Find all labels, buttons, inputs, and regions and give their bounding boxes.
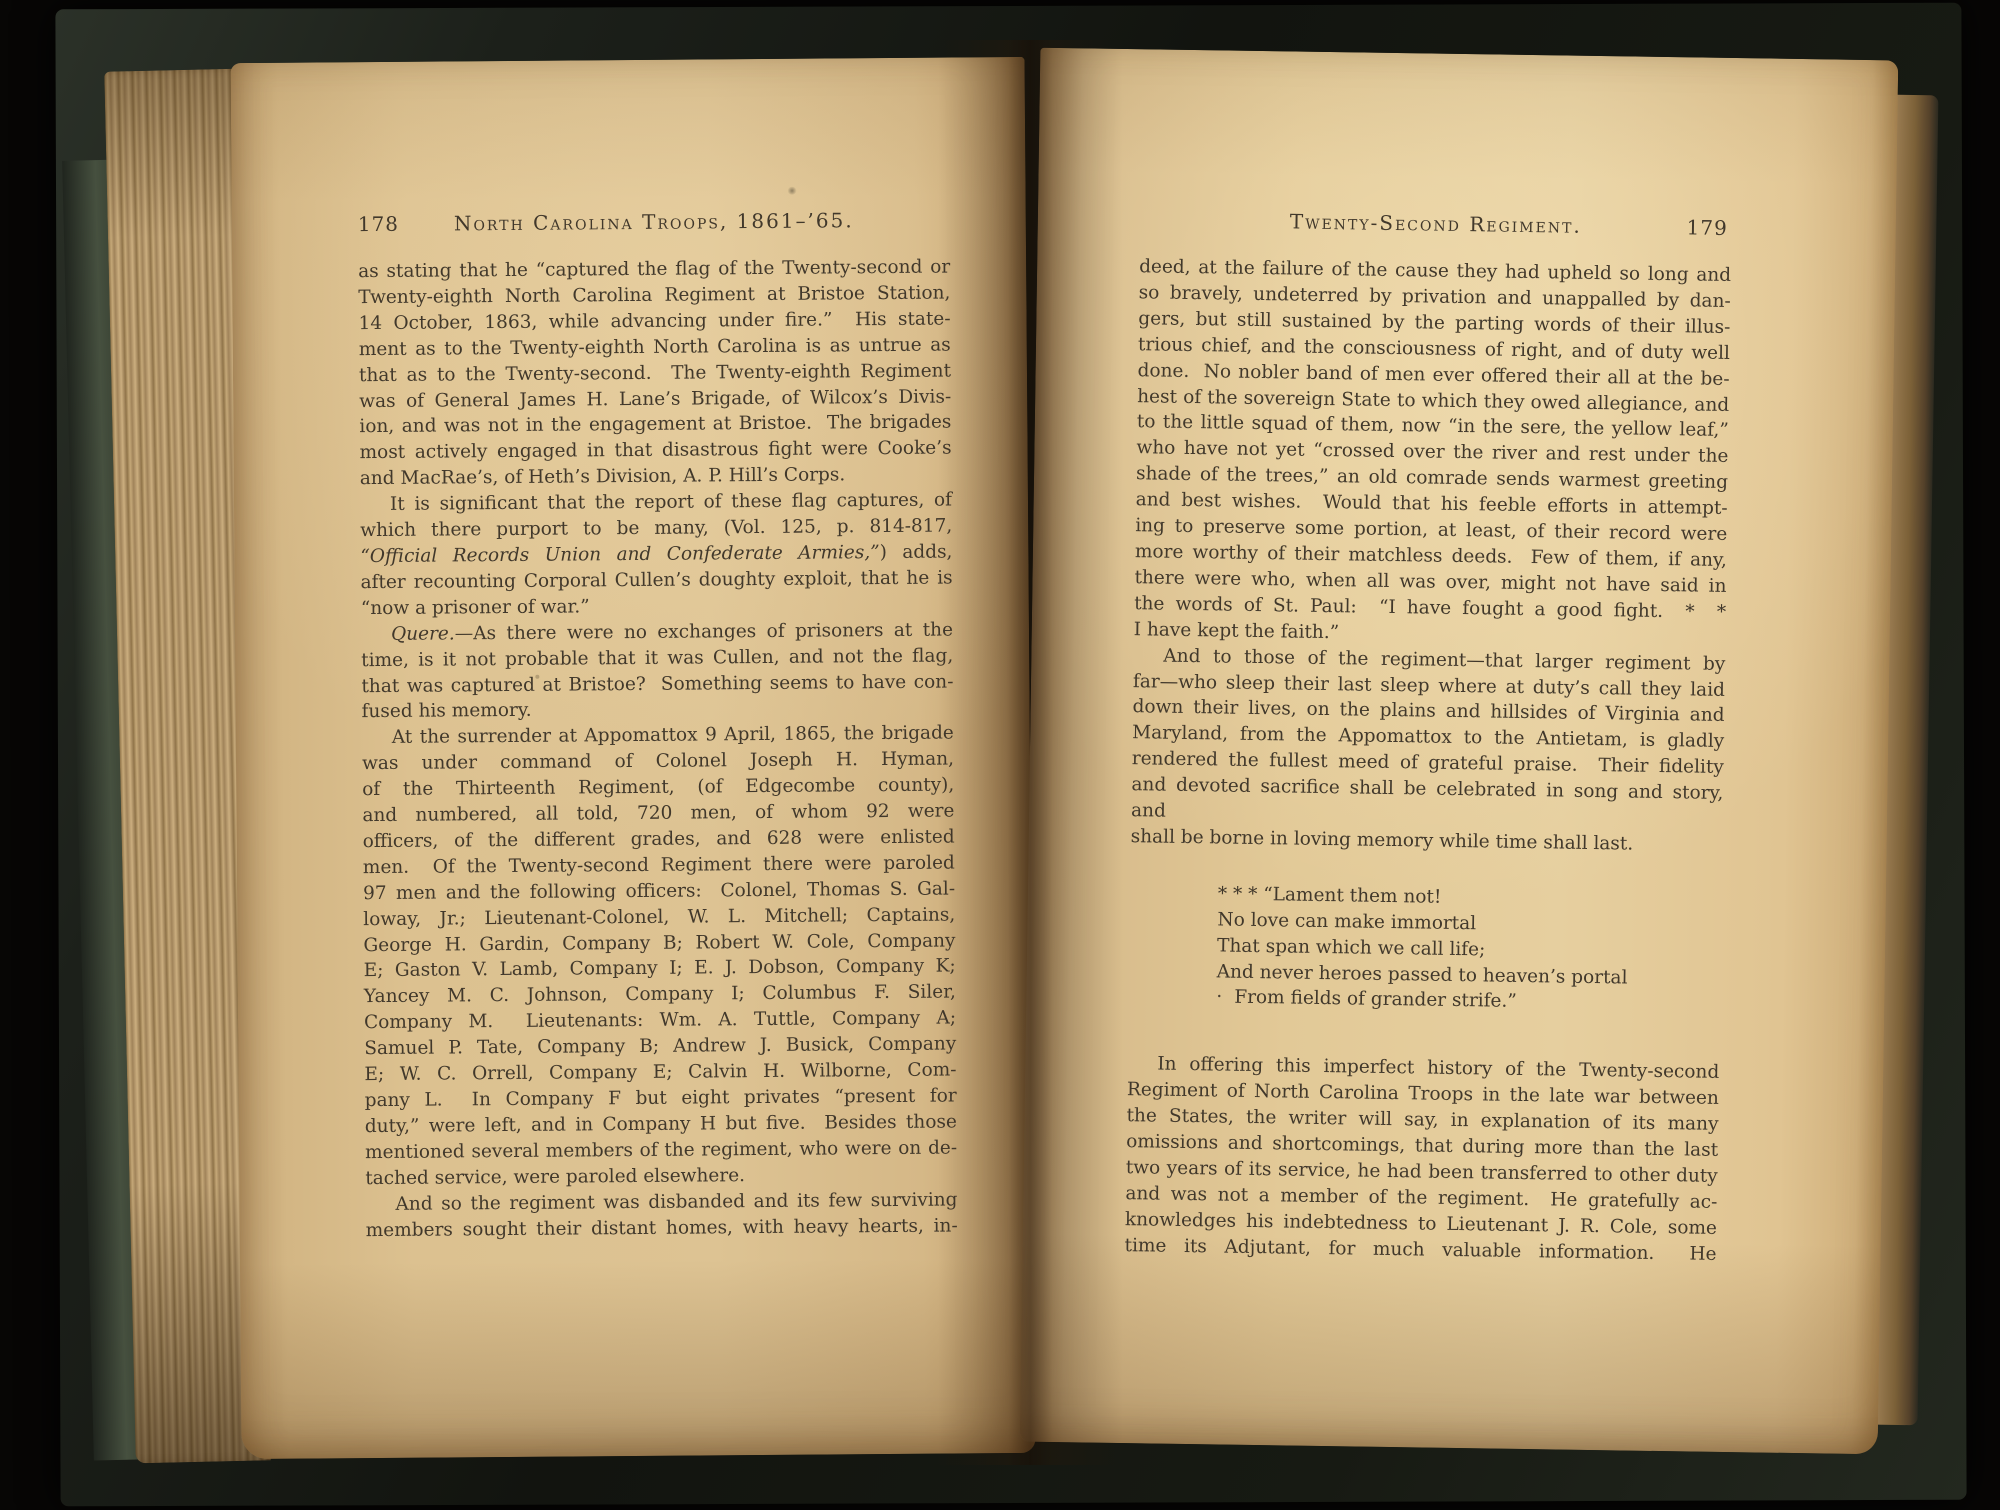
text-line: Quere.—As there were no exchanges of pri…	[361, 617, 953, 648]
poem-block: * * * “Lament them not!No love can make …	[1216, 881, 1722, 1018]
page-number: 179	[1686, 215, 1728, 240]
text-line: and devoted sacrifice shall be celebrate…	[1131, 772, 1724, 833]
text-segment: ) adds,	[880, 541, 953, 563]
text-line: after recounting Corporal Cullen’s dough…	[361, 565, 953, 596]
text-line: that as to the Twenty-second. The Twenty…	[359, 358, 951, 389]
text-segment: —As there were no exchanges of prisoners…	[455, 619, 953, 644]
right-page-body: deed, at the failure of the cause they h…	[1124, 254, 1731, 1267]
left-page-text: 178 North Carolina Troops, 1861–’65. as …	[358, 207, 958, 1243]
text-line: time, is it not probable that it was Cul…	[361, 643, 953, 674]
text-line: that was captured at Bristoe? Something …	[361, 669, 953, 700]
paper-blemish	[788, 187, 797, 195]
page-header: Twenty-Second Regiment. 179	[1140, 207, 1732, 246]
left-page-body: as stating that he “captured the flag of…	[358, 254, 958, 1243]
italic-text: Quere.	[391, 623, 455, 644]
photo-background: { "palette": { "background": "#0a0908", …	[0, 0, 2000, 1510]
running-title: North Carolina Troops, 1861–’65.	[358, 207, 950, 236]
right-page: Twenty-Second Regiment. 179 deed, at the…	[1020, 48, 1899, 1455]
left-page: 178 North Carolina Troops, 1861–’65. as …	[231, 57, 1036, 1459]
text-line: most actively engaged in that disastrous…	[359, 436, 951, 467]
text-line: And so the regiment was disbanded and it…	[365, 1187, 957, 1218]
right-page-text: Twenty-Second Regiment. 179 deed, at the…	[1124, 207, 1732, 1267]
text-line: members sought their distant homes, with…	[366, 1213, 958, 1244]
page-header: 178 North Carolina Troops, 1861–’65.	[358, 207, 950, 242]
text-line: loway, Jr.; Lieutenant-Colonel, W. L. Mi…	[363, 902, 955, 933]
text-line: mentioned several members of the regimen…	[365, 1135, 957, 1166]
italic-text: “Official Records Union and Confederate …	[360, 542, 879, 567]
running-title: Twenty-Second Regiment.	[1140, 207, 1732, 240]
